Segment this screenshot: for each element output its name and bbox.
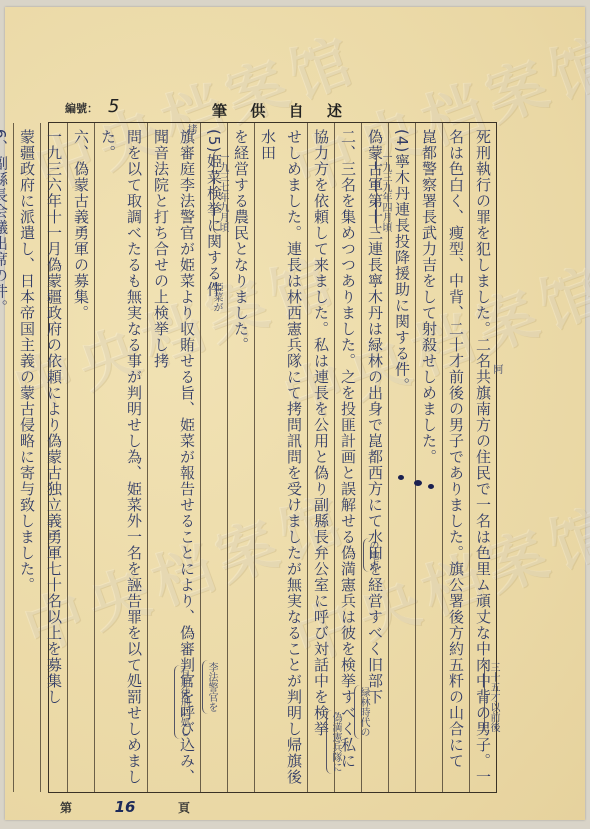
manuscript-grid: 死刑執行の罪を犯しました。二名共旗南方の住民で一名は色里ム頑丈な中肉中背の男子。…	[48, 122, 497, 793]
margin-annotation: 一九三九年四月頃	[376, 150, 394, 234]
margin-annotation: 有期徒刑に処し	[174, 665, 192, 739]
text-column: 蒙疆政府に派遣し、日本帝国主義の蒙古侵略に寄与致しました。	[13, 123, 40, 792]
text-column: せしめました。連長は林西憲兵隊にて拷問訊問を受けましたが無実なることが判明し帰旗…	[254, 123, 307, 792]
margin-annotation: 姫菜が	[208, 280, 225, 314]
title-char: 筆	[212, 100, 227, 121]
column-text: 問を以て取調べたるも無実なる事が判明せし為、姫菜外一名を誣告罪を以て処罰せしめま…	[95, 123, 147, 789]
text-column: 協力方を依頼して来ました。私は連長を公用と偽り副縣長弁公室に呼び対話中を検挙	[307, 123, 334, 792]
text-column: 崑都警察署長武力吉をして射殺せしめました。	[415, 123, 442, 792]
margin-annotation: 一九三七年九月頃	[213, 150, 231, 234]
title-char: 自	[289, 100, 304, 121]
ink-blot	[428, 484, 434, 489]
column-text: 崑都警察署長武力吉をして射殺せしめました。	[416, 123, 442, 789]
text-column: 一九三六年十一月偽蒙疆政府の依頼により偽蒙古独立義勇軍七十名以上を募集し	[40, 123, 67, 792]
document-number-value: 5	[108, 96, 119, 117]
title-char: 述	[327, 100, 342, 121]
title-char: 供	[250, 100, 265, 121]
text-column: 問を以て取調べたるも無実なる事が判明せし為、姫菜外一名を誣告罪を以て処罰せしめま…	[94, 123, 147, 792]
column-text: 一九三六年十一月偽蒙疆政府の依頼により偽蒙古独立義勇軍七十名以上を募集し	[41, 123, 67, 789]
margin-annotation: 李法警官を	[202, 660, 220, 714]
ink-blot	[398, 475, 404, 480]
text-column: 6、副縣長会議出席の件。	[0, 123, 13, 792]
margin-annotation: 三十五才以前後	[484, 660, 502, 734]
column-text: を経営する農民となりました。	[228, 123, 254, 789]
margin-annotation: 拷	[182, 122, 199, 136]
margin-annotation: 阿	[488, 362, 505, 376]
page-footer: 第 16 頁	[60, 798, 190, 816]
margin-annotation: 偽満憲兵隊に	[326, 710, 344, 774]
column-text: 協力方を依頼して来ました。私は連長を公用と偽り副縣長弁公室に呼び対話中を検挙	[308, 123, 334, 789]
document-number-label: 編號：	[65, 100, 98, 116]
margin-annotation: の地点	[363, 538, 381, 572]
page-suffix: 頁	[178, 799, 190, 816]
text-column: を経営する農民となりました。	[227, 123, 254, 792]
margin-annotation: 緑林時代の	[354, 685, 372, 739]
ink-blot	[414, 480, 422, 486]
page-prefix: 第	[60, 799, 72, 816]
column-text: 六、偽蒙古義勇軍の募集。	[68, 123, 94, 789]
column-text: せしめました。連長は林西憲兵隊にて拷問訊問を受けましたが無実なることが判明し帰旗…	[255, 123, 307, 789]
text-column: 名は色白く、痩型、中背、二十才前後の男子でありました。旗公署後方約五粁の山合にて	[442, 123, 469, 792]
page-number: 16	[115, 798, 136, 816]
text-column: 六、偽蒙古義勇軍の募集。	[67, 123, 94, 792]
document-title: 筆 供 自 述	[212, 100, 342, 121]
column-text: 蒙疆政府に派遣し、日本帝国主義の蒙古侵略に寄与致しました。	[14, 123, 40, 789]
column-text: 名は色白く、痩型、中背、二十才前後の男子でありました。旗公署後方約五粁の山合にて	[443, 123, 469, 789]
column-text: 6、副縣長会議出席の件。	[0, 123, 13, 789]
